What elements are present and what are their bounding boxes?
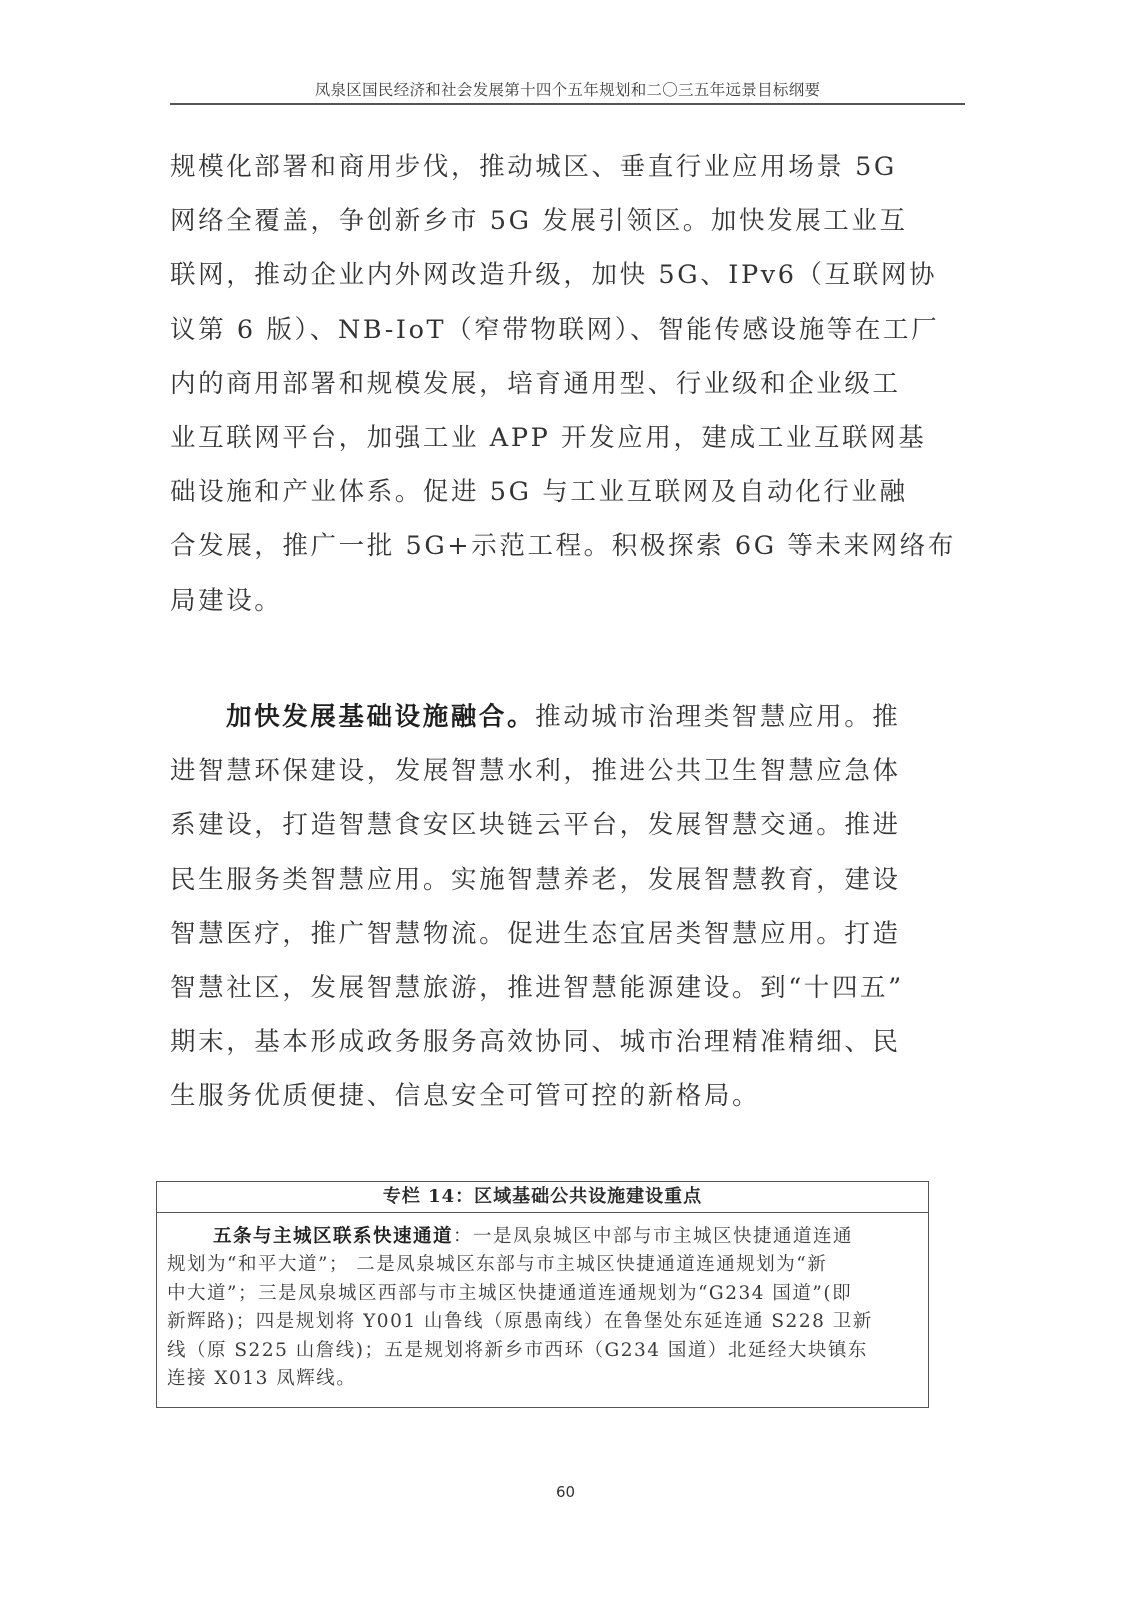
paragraph-lead-heading: 加快发展基础设施融合。	[226, 702, 535, 732]
text-line: 期末，基本形成政务服务高效协同、城市治理精准精细、民	[170, 1015, 940, 1069]
box-text-fragment: ：一是凤泉城区中部与市主城区快捷通道连通	[453, 1226, 853, 1247]
text-line: 系建设，打造智慧食安区块链云平台，发展智慧交通。推进	[170, 798, 940, 852]
box-text-line: 连接 X013 凤辉线。	[167, 1365, 918, 1393]
text-line: 联网，推动企业内外网改造升级，加快 5G、IPv6（互联网协	[170, 248, 940, 302]
running-header: 凤泉区国民经济和社会发展第十四个五年规划和二〇三五年远景目标纲要	[170, 78, 965, 100]
text-line: 合发展，推广一批 5G+示范工程。积极探索 6G 等未来网络布	[170, 519, 940, 573]
text-line: 智慧社区，发展智慧旅游，推进智慧能源建设。到“十四五”	[170, 961, 940, 1015]
text-line: 局建设。	[170, 574, 940, 628]
text-line: 智慧医疗，推广智慧物流。促进生态宜居类智慧应用。打造	[170, 907, 940, 961]
box-text-line-first: 五条与主城区联系快速通道：一是凤泉城区中部与市主城区快捷通道连通	[167, 1223, 918, 1251]
text-line-first: 加快发展基础设施融合。推动城市治理类智慧应用。推	[170, 690, 940, 744]
page-number: 60	[0, 1483, 1131, 1501]
text-line: 网络全覆盖，争创新乡市 5G 发展引领区。加快发展工业互	[170, 194, 940, 248]
text-line: 进智慧环保建设，发展智慧水利，推进公共卫生智慧应急体	[170, 744, 940, 798]
text-line: 业互联网平台，加强工业 APP 开发应用，建成工业互联网基	[170, 411, 940, 465]
paragraph-5g-industrial-internet: 规模化部署和商用步伐，推动城区、垂直行业应用场景 5G 网络全覆盖，争创新乡市 …	[170, 140, 940, 628]
text-line: 规模化部署和商用步伐，推动城区、垂直行业应用场景 5G	[170, 140, 940, 194]
box-title: 专栏 14：区域基础公共设施建设重点	[157, 1182, 928, 1213]
text-fragment: 推动城市治理类智慧应用。推	[535, 702, 900, 732]
box-text-line: 线（原 S225 山詹线)；五是规划将新乡市西环（G234 国道）北延经大块镇东	[167, 1337, 918, 1365]
text-line: 内的商用部署和规模发展，培育通用型、行业级和企业级工	[170, 357, 940, 411]
text-line: 生服务优质便捷、信息安全可管可控的新格局。	[170, 1069, 940, 1123]
box-text-line: 新辉路)；四是规划将 Y001 山鲁线（原愚南线）在鲁堡处东延连通 S228 卫…	[167, 1308, 918, 1336]
box-text-line: 规划为“和平大道”； 二是凤泉城区东部与市主城区快捷通道连通规划为“新	[167, 1251, 918, 1279]
text-line: 础设施和产业体系。促进 5G 与工业互联网及自动化行业融	[170, 465, 940, 519]
text-line: 民生服务类智慧应用。实施智慧养老，发展智慧教育，建设	[170, 853, 940, 907]
paragraph-infrastructure-integration: 加快发展基础设施融合。推动城市治理类智慧应用。推 进智慧环保建设，发展智慧水利，…	[170, 690, 940, 1124]
sidebar-box-column-14: 专栏 14：区域基础公共设施建设重点 五条与主城区联系快速通道：一是凤泉城区中部…	[156, 1181, 929, 1408]
text-line: 议第 6 版）、NB-IoT（窄带物联网）、智能传感设施等在工厂	[170, 303, 940, 357]
box-body: 五条与主城区联系快速通道：一是凤泉城区中部与市主城区快捷通道连通 规划为“和平大…	[157, 1213, 928, 1407]
header-rule	[170, 103, 965, 105]
box-text-line: 中大道”；三是凤泉城区西部与市主城区快捷通道连通规划为“G234 国道”(即	[167, 1280, 918, 1308]
box-lead-heading: 五条与主城区联系快速通道	[213, 1226, 453, 1247]
